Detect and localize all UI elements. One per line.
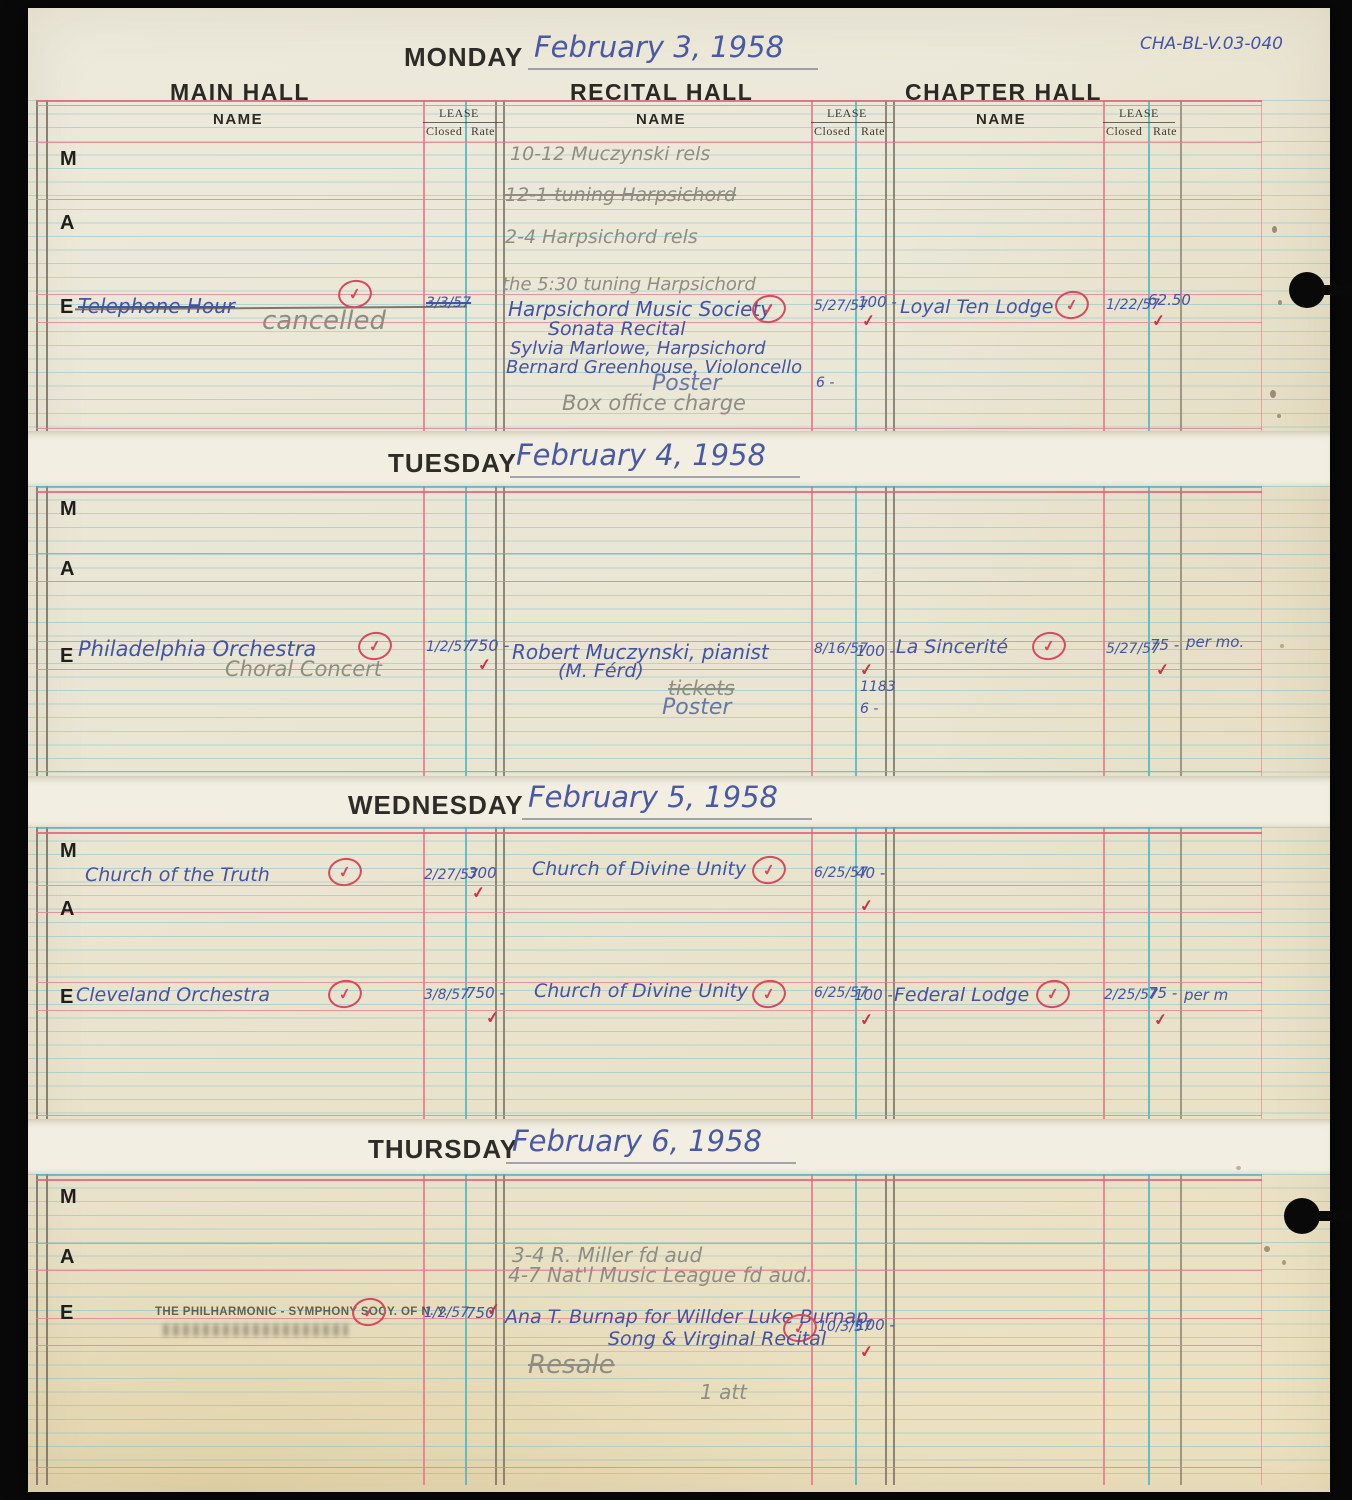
entry-subtitle: Sonata Recital: [548, 320, 686, 340]
amount-note: 6 -: [860, 702, 878, 717]
lease-rate: 100 -: [858, 295, 897, 311]
entry-subtitle: Choral Concert: [225, 658, 382, 680]
rate-period-note: per m: [1184, 988, 1228, 1004]
lease-rate: 75 -: [1150, 638, 1179, 654]
row-label-afternoon-tuesday: A: [60, 558, 74, 581]
header-name-chapter: NAME: [976, 112, 1026, 128]
recital-morning-note-struck: 12-1 tuning Harpsichord: [505, 186, 736, 206]
day-label-wednesday: WEDNESDAY: [348, 790, 524, 821]
entry-name-church-of-divine-unity: Church of Divine Unity: [534, 982, 748, 1002]
lease-rate: 100 -: [854, 988, 893, 1004]
header-name-main: NAME: [213, 112, 263, 128]
date-underline-tuesday: [510, 476, 800, 478]
lease-closed-date: 3/8/57: [424, 988, 469, 1003]
row-label-afternoon-monday: A: [60, 212, 74, 235]
row-label-morning-wednesday: M: [60, 840, 77, 863]
binder-slot-bottom: [1300, 1211, 1352, 1221]
date-underline-thursday: [506, 1162, 796, 1164]
row-label-morning-monday: M: [60, 148, 77, 171]
cancelled-note: cancelled: [262, 308, 386, 335]
row-label-afternoon-wednesday: A: [60, 898, 74, 921]
rate-check-icon: ✓: [477, 654, 492, 675]
row-label-afternoon-thursday: A: [60, 1246, 74, 1269]
rate-check-icon: ✓: [859, 659, 874, 680]
box-office-note: Box office charge: [562, 392, 746, 414]
entry-subtitle: Song & Virginal Recital: [608, 1330, 826, 1350]
lease-rate: 300: [468, 866, 497, 882]
date-underline-monday: [528, 68, 818, 70]
rate-check-icon: ✓: [471, 882, 486, 903]
row-label-evening-wednesday: E: [60, 986, 73, 1009]
day-date-monday: February 3, 1958: [534, 30, 784, 64]
rate-check-icon: ✓: [859, 1009, 874, 1030]
header-name-recital: NAME: [636, 112, 686, 128]
lease-rate: 100 -: [856, 1318, 895, 1334]
row-label-morning-tuesday: M: [60, 498, 77, 521]
header-rate-chapter: Rate: [1153, 125, 1177, 138]
binder-slot-top: [1305, 285, 1352, 295]
lease-divider-chapter: [1103, 122, 1175, 123]
entry-line2: (M. Férd): [558, 662, 644, 682]
entry-name-harpsichord-music-society: Harpsichord Music Society: [508, 299, 772, 320]
rate-period-note: per mo.: [1186, 635, 1244, 651]
row-label-evening-tuesday: E: [60, 645, 73, 668]
lease-closed-date: 1/2/57: [424, 1306, 469, 1321]
tuesday-table: [28, 486, 1330, 776]
lease-divider-main: [423, 122, 503, 123]
header-closed-chapter: Closed: [1106, 125, 1142, 138]
poster-amount: 6 -: [816, 376, 834, 391]
header-lease-recital: LEASE: [827, 107, 867, 120]
day-label-thursday: THURSDAY: [368, 1134, 518, 1165]
poster-note: Poster: [662, 696, 731, 719]
scanned-ledger-page: CHA-BL-V.03-040 MONDAY February 3, 1958 …: [0, 0, 1352, 1500]
entry-name-church-of-divine-unity: Church of Divine Unity: [532, 860, 746, 880]
header-rate-recital: Rate: [861, 125, 885, 138]
date-underline-wednesday: [522, 818, 812, 820]
header-lease-chapter: LEASE: [1119, 107, 1159, 120]
entry-name-cleveland-orchestra: Cleveland Orchestra: [76, 986, 270, 1006]
entry-name-church-of-the-truth: Church of the Truth: [85, 866, 270, 886]
header-lease-main: LEASE: [439, 107, 479, 120]
lease-closed-date: 1/2/57: [426, 640, 471, 655]
recital-evening-pencil-note: the 5:30 tuning Harpsichord: [502, 276, 756, 295]
rate-check-icon: ✓: [859, 1341, 874, 1362]
row-label-evening-thursday: E: [60, 1302, 73, 1325]
rate-check-icon: ✓: [859, 895, 874, 916]
ledger-paper: CHA-BL-V.03-040 MONDAY February 3, 1958 …: [28, 8, 1330, 1492]
stamp-smudge: [163, 1324, 348, 1336]
amount-note: 1183: [860, 680, 896, 695]
entry-name-federal-lodge: Federal Lodge: [894, 986, 1029, 1006]
lease-rate: 750 -: [466, 986, 505, 1002]
lease-rate: 62.50: [1148, 293, 1191, 309]
recital-morning-note: 10-12 Muczynski rels: [510, 145, 710, 165]
day-label-tuesday: TUESDAY: [388, 448, 517, 479]
rate-check-icon: ✓: [1153, 1009, 1168, 1030]
recital-afternoon-note: 4-7 Nat'l Music League fd aud.: [508, 1265, 813, 1286]
day-label-monday: MONDAY: [404, 42, 523, 73]
rate-check-icon: ✓: [1155, 659, 1170, 680]
lease-rate: 750 -: [468, 638, 509, 655]
row-label-evening-monday: E: [60, 296, 73, 319]
entry-name-la-sincerite: La Sincerité: [896, 638, 1008, 658]
rate-check-icon: ✓: [1151, 310, 1166, 331]
header-rate-main: Rate: [471, 125, 495, 138]
catalog-number-text: CHA-BL-V.03-040: [1140, 34, 1283, 54]
lease-rate: 40 -: [856, 866, 885, 882]
rate-check-icon: ✓: [486, 1299, 501, 1320]
entry-stamp-philharmonic-symphony: THE PHILHARMONIC - SYMPHONY SOCY. OF N. …: [155, 1306, 447, 1318]
lease-closed-date: 3/3/57: [426, 296, 471, 311]
attendance-note: 1 att: [700, 1382, 747, 1403]
day-date-thursday: February 6, 1958: [512, 1124, 762, 1158]
header-closed-recital: Closed: [814, 125, 850, 138]
recital-morning-note: 2-4 Harpsichord rels: [505, 228, 698, 248]
entry-name-loyal-ten-lodge: Loyal Ten Lodge: [900, 298, 1053, 318]
catalog-number: CHA-BL-V.03-040: [1140, 35, 1283, 54]
lease-divider-recital: [811, 122, 893, 123]
row-label-morning-thursday: M: [60, 1186, 77, 1209]
day-date-wednesday: February 5, 1958: [528, 780, 778, 814]
header-closed-main: Closed: [426, 125, 462, 138]
rate-check-icon: ✓: [485, 1007, 500, 1028]
day-date-tuesday: February 4, 1958: [516, 438, 766, 472]
lease-rate: 100 -: [856, 644, 895, 660]
lease-rate: 75 -: [1148, 986, 1177, 1002]
rate-check-icon: ✓: [861, 310, 876, 331]
resale-note-struck: Resale: [528, 1352, 615, 1379]
